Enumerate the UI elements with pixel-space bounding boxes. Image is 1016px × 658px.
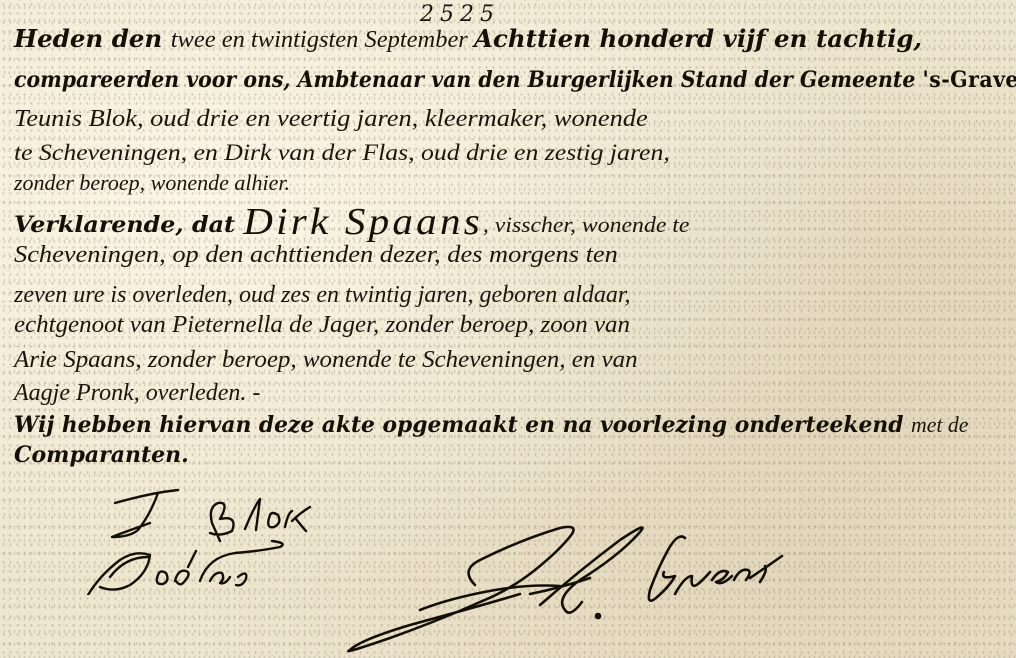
deceased-name: Dirk Spaans [243, 201, 483, 243]
witness-1-details: oud drie en veertig jaren, kleermaker, w… [150, 106, 648, 132]
father-info: Arie Spaans, zonder beroep, wonende te S… [14, 347, 638, 373]
preprinted-text: Heden den [14, 24, 171, 53]
preprinted-text: Verklarende, dat [14, 212, 243, 238]
text-line-12: Wij hebben hiervan deze akte opgemaakt e… [14, 412, 968, 438]
witness-2-occupation: zonder beroep, wonende alhier. [14, 170, 290, 195]
deceased-details: , visscher, wonende te [483, 212, 690, 237]
municipality-name: 's-Gravenhage, [923, 67, 1016, 93]
spouse-info: echtgenoot van Pieternella de Jager, zon… [14, 312, 630, 338]
witness-2-details: te Scheveningen, en Dirk van der Flas, o… [14, 140, 670, 165]
death-place-date: Scheveningen, op den achttienden dezer, … [14, 242, 618, 268]
signature-flourish-icon [320, 510, 840, 658]
preprinted-closing: Wij hebben hiervan deze akte opgemaakt e… [14, 412, 911, 438]
handwritten-closing: met de [911, 412, 968, 437]
document-page: 2525 Heden den twee en twintigsten Septe… [0, 0, 1016, 658]
text-line-13: Comparanten. [14, 442, 189, 468]
text-line-6: Verklarende, dat Dirk Spaans, visscher, … [14, 200, 689, 244]
preprinted-text: compareerden voor ons, Ambtenaar van den… [14, 67, 923, 93]
text-line-9: echtgenoot van Pieternella de Jager, zon… [14, 310, 630, 339]
handwritten-date-day: twee en twintigsten [171, 27, 365, 53]
preprinted-comparanten: Comparanten. [14, 442, 189, 468]
witness-signatures: T Blok D v d Flas [60, 485, 340, 595]
text-line-7: Scheveningen, op den achttienden dezer, … [14, 240, 618, 269]
text-line-4: te Scheveningen, en Dirk van der Flas, o… [14, 140, 670, 166]
mother-info: Aagje Pronk, overleden. - [14, 380, 260, 406]
text-line-11: Aagje Pronk, overleden. - [14, 378, 260, 407]
preprinted-year: Achttien honderd vijf en tachtig, [474, 24, 922, 53]
handwritten-date-month: September [365, 27, 474, 53]
text-line-10: Arie Spaans, zonder beroep, wonende te S… [14, 345, 638, 374]
text-line-8: zeven ure is overleden, oud zes en twint… [14, 280, 631, 309]
official-signature: J.H. Evers [320, 510, 840, 658]
text-line-2: compareerden voor ons, Ambtenaar van den… [14, 67, 1016, 93]
death-time-age: zeven ure is overleden, oud zes en twint… [14, 282, 631, 308]
signature-strokes-icon [60, 485, 340, 595]
witness-1-name: Teunis Blok, [14, 106, 150, 132]
text-line-1: Heden den twee en twintigsten September … [14, 24, 922, 54]
text-line-5: zonder beroep, wonende alhier. [14, 170, 290, 196]
text-line-3: Teunis Blok, oud drie en veertig jaren, … [14, 104, 648, 133]
